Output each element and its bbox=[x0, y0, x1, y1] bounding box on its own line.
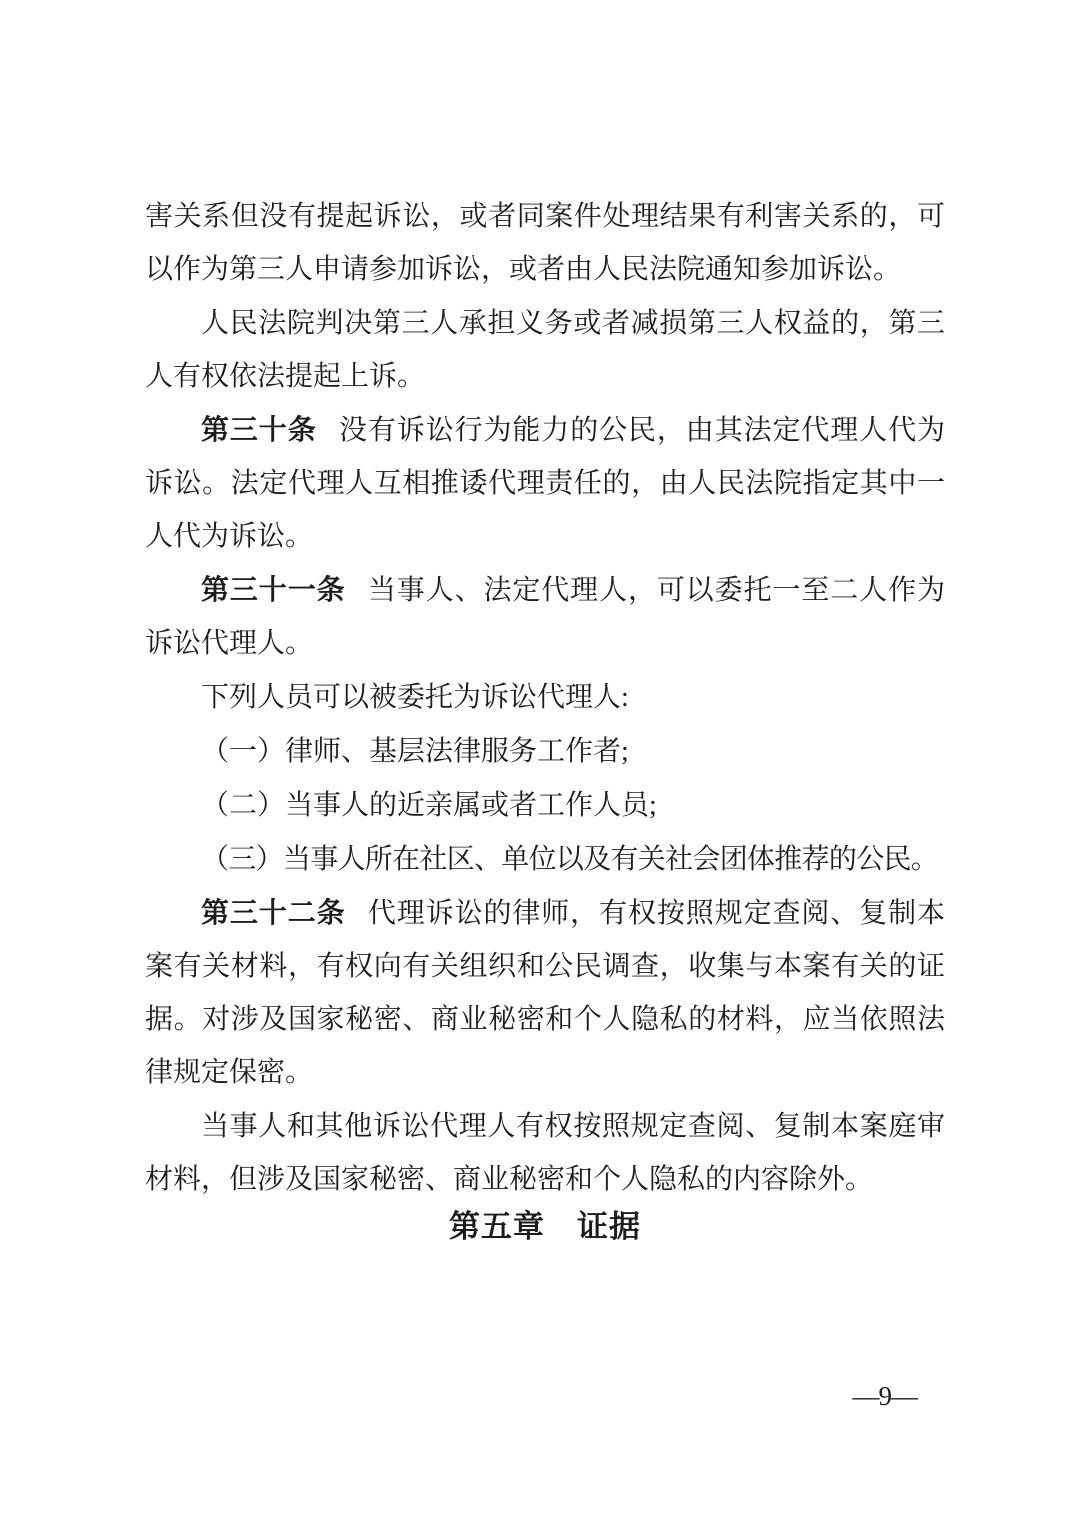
document-body: 害关系但没有提起诉讼，或者同案件处理结果有利害关系的，可以作为第三人申请参加诉讼… bbox=[145, 189, 945, 1206]
paragraph-text: 下列人员可以被委托为诉讼代理人: bbox=[201, 682, 629, 713]
paragraph-continuation: 害关系但没有提起诉讼，或者同案件处理结果有利害关系的，可以作为第三人申请参加诉讼… bbox=[145, 189, 945, 296]
list-item-2: （二）当事人的近亲属或者工作人员; bbox=[145, 778, 945, 832]
paragraph-text: 人民法院判决第三人承担义务或者减损第三人权益的，第三人有权依法提起上诉。 bbox=[145, 308, 945, 392]
list-item-3: （三）当事人所在社区、单位以及有关社会团体推荐的公民。 bbox=[145, 832, 945, 886]
article-number: 第三十一条 bbox=[201, 574, 346, 605]
paragraph-third-party-appeal: 人民法院判决第三人承担义务或者减损第三人权益的，第三人有权依法提起上诉。 bbox=[145, 296, 945, 403]
list-item-1: （一）律师、基层法律服务工作者; bbox=[145, 724, 945, 778]
paragraph-text: （一）律师、基层法律服务工作者; bbox=[201, 736, 629, 767]
article-number: 第三十二条 bbox=[201, 897, 346, 928]
document-page: 害关系但没有提起诉讼，或者同案件处理结果有利害关系的，可以作为第三人申请参加诉讼… bbox=[0, 0, 1069, 1515]
paragraph-agent-list-intro: 下列人员可以被委托为诉讼代理人: bbox=[145, 670, 945, 724]
page-number: —9— bbox=[853, 1381, 918, 1411]
paragraph-other-agents: 当事人和其他诉讼代理人有权按照规定查阅、复制本案庭审材料，但涉及国家秘密、商业秘… bbox=[145, 1099, 945, 1206]
article-number: 第三十条 bbox=[201, 414, 317, 445]
paragraph-text: （二）当事人的近亲属或者工作人员; bbox=[201, 790, 657, 821]
paragraph-text: 当事人和其他诉讼代理人有权按照规定查阅、复制本案庭审材料，但涉及国家秘密、商业秘… bbox=[145, 1111, 945, 1195]
paragraph-article-31: 第三十一条当事人、法定代理人，可以委托一至二人作为诉讼代理人。 bbox=[145, 563, 945, 670]
paragraph-text: （三）当事人所在社区、单位以及有关社会团体推荐的公民。 bbox=[201, 844, 938, 875]
paragraph-text: 害关系但没有提起诉讼，或者同案件处理结果有利害关系的，可以作为第三人申请参加诉讼… bbox=[145, 201, 945, 285]
paragraph-article-30: 第三十条没有诉讼行为能力的公民，由其法定代理人代为诉讼。法定代理人互相推诿代理责… bbox=[145, 403, 945, 563]
chapter-heading: 第五章 证据 bbox=[145, 1208, 945, 1246]
paragraph-article-32: 第三十二条代理诉讼的律师，有权按照规定查阅、复制本案有关材料，有权向有关组织和公… bbox=[145, 886, 945, 1099]
